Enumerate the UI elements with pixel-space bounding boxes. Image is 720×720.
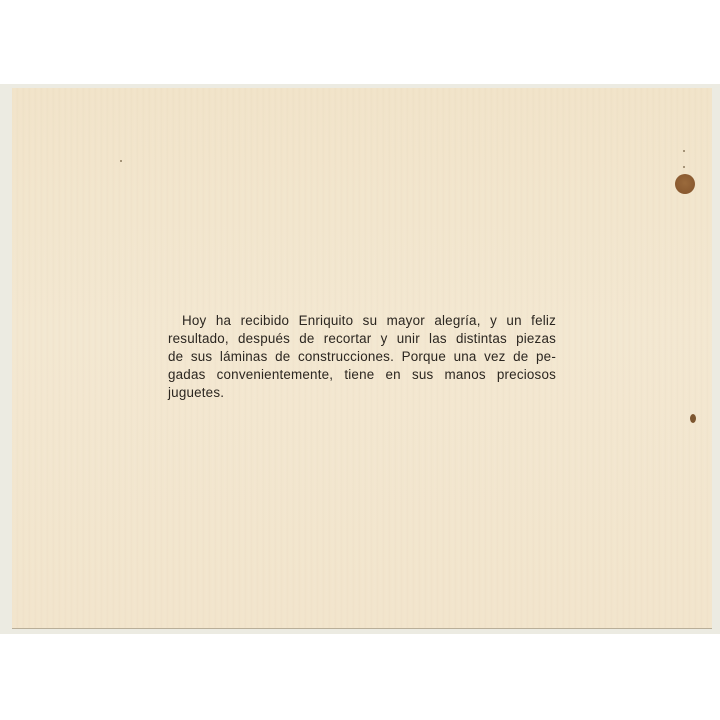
small-stain-mark [690, 414, 696, 423]
paragraph-line: juguetes. [168, 384, 556, 402]
speck [120, 160, 122, 162]
paragraph-line: de sus láminas de construcciones. Porque… [168, 348, 556, 366]
speck [683, 150, 685, 152]
speck [683, 166, 685, 168]
paragraph-line: resultado, después de recortar y unir la… [168, 330, 556, 348]
paragraph-line: Hoy ha recibido Enriquito su mayor alegr… [168, 312, 556, 330]
body-paragraph: Hoy ha recibido Enriquito su mayor alegr… [168, 312, 556, 402]
paragraph-line: gadas convenientemente, tiene en sus man… [168, 366, 556, 384]
stain-mark [675, 174, 695, 194]
